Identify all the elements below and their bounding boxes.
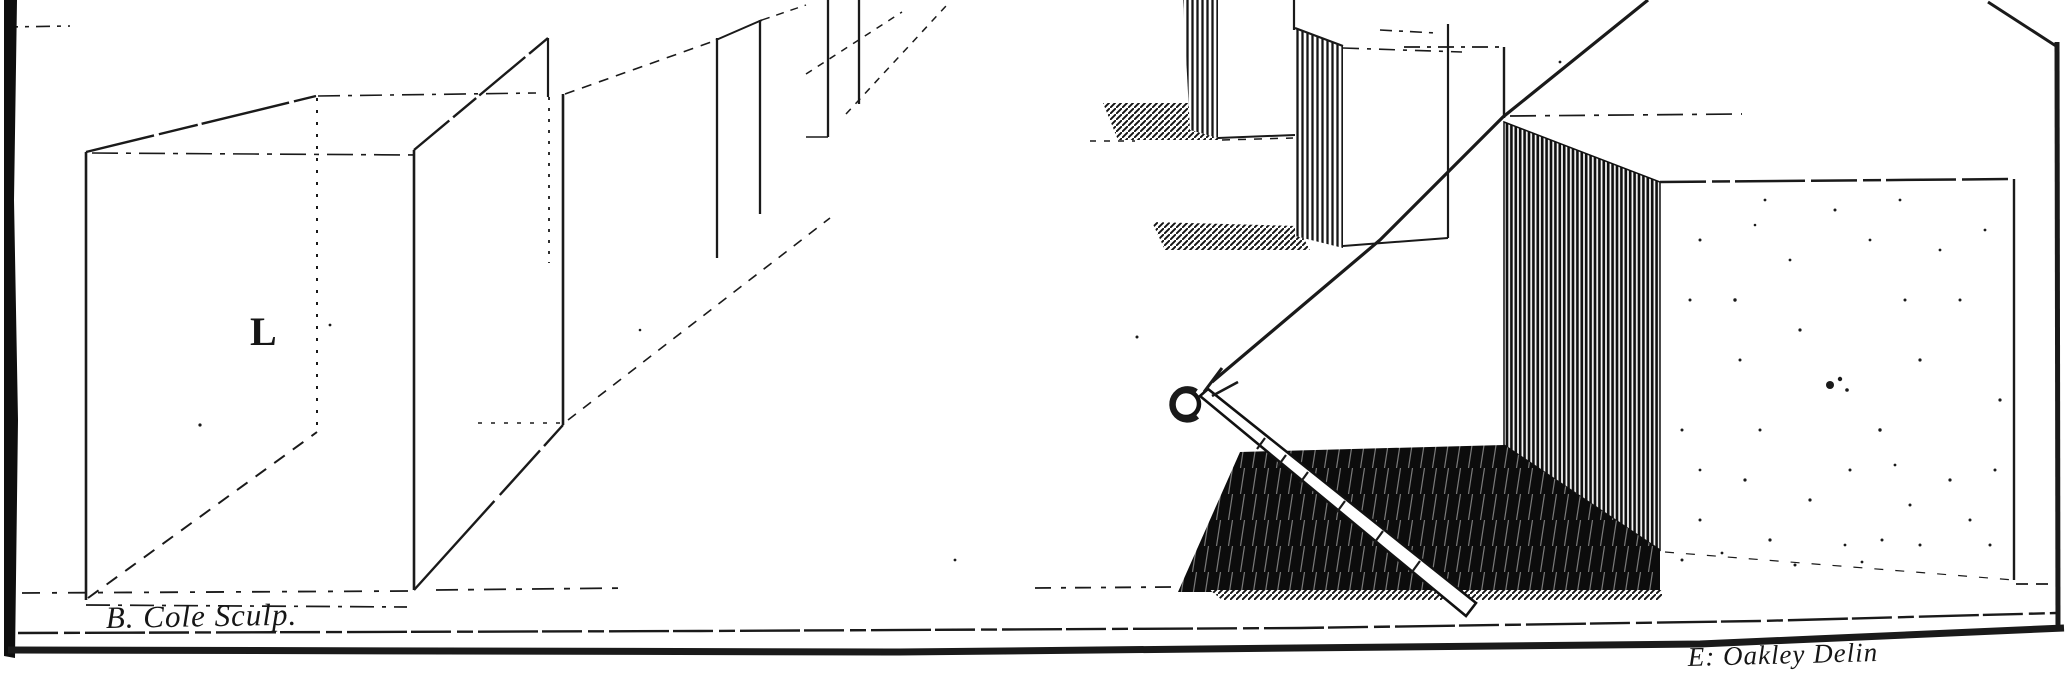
block-c-face-speckles [1681, 199, 2002, 567]
block-a [1090, 0, 1295, 141]
corner-diagonal [1988, 2, 2056, 46]
block-b-shadow [1152, 222, 1310, 250]
perspective-diagram: L B. Cole Sculp. E: Oakley Delin [0, 0, 2067, 677]
border-right [2057, 42, 2058, 630]
wall-5 [806, 0, 946, 137]
shaded-blocks-group [1090, 0, 2014, 600]
delineator-signature: E: Oakley Delin [1686, 637, 1878, 672]
border-left [4, 0, 18, 658]
face-label-l: L [250, 309, 277, 354]
block-b-shaded-face [1295, 28, 1343, 248]
ground-lines [18, 584, 2056, 633]
engraver-signature: B. Cole Sculp. [106, 597, 298, 635]
engraving-plate: L B. Cole Sculp. E: Oakley Delin [0, 0, 2067, 677]
wall-3 [563, 41, 830, 425]
wall-2 [414, 38, 563, 590]
wall-4 [716, 5, 806, 258]
